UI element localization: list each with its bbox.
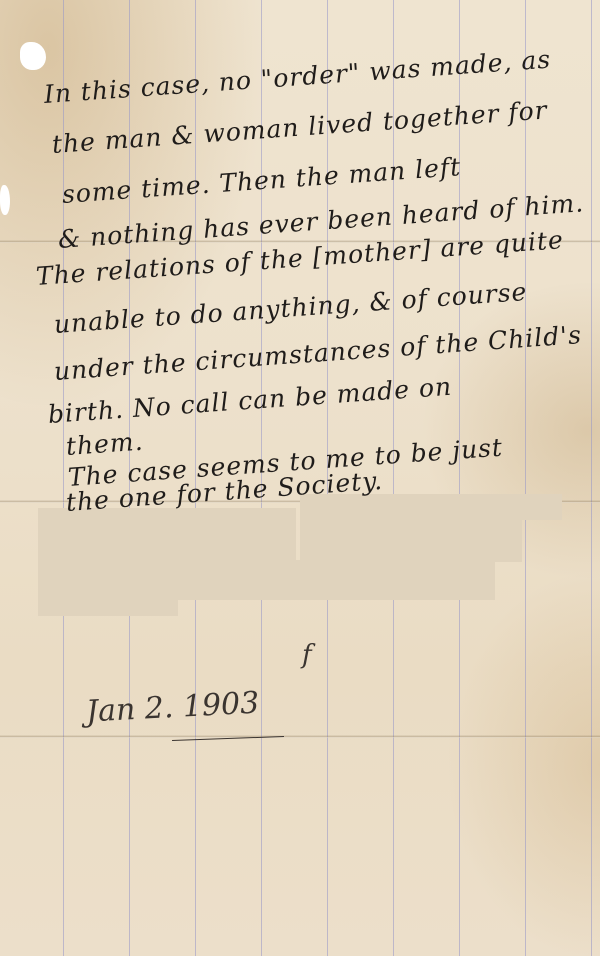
text-line: the man & woman lived together for: [51, 95, 549, 159]
redacted-region: [300, 520, 522, 562]
redacted-region: [38, 560, 178, 616]
paper-tear: [20, 42, 46, 70]
fold-crease: [0, 735, 600, 738]
paper-tear: [0, 185, 10, 215]
signature-mark: f: [302, 640, 312, 670]
letter-page: In this case, no "order" was made, as th…: [0, 0, 600, 956]
text-line: them.: [65, 427, 144, 461]
letter-date: Jan 2. 1903: [85, 685, 260, 729]
